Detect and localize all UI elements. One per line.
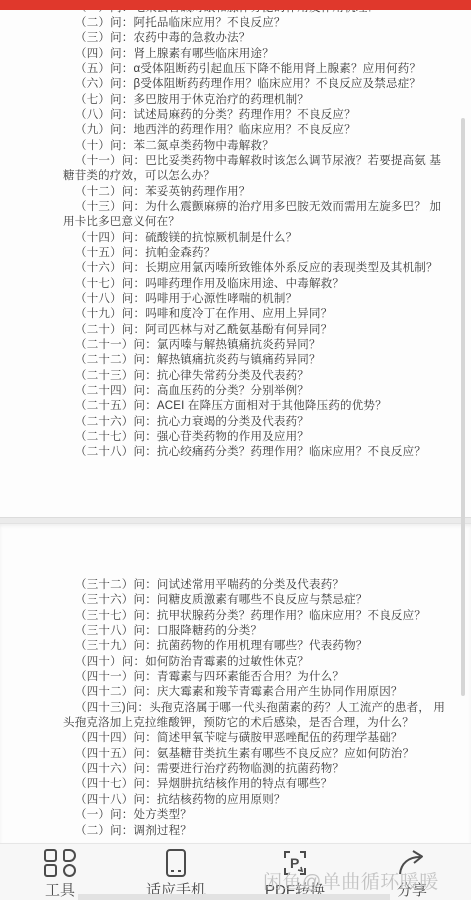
question-line: （一）问：处方类型？ <box>0 808 471 823</box>
question-line: （二十五）问：ACEI 在降压方面相对于其他降压药的优势？ <box>0 399 471 414</box>
question-line: （四十一）问：青霉素与四环素能否合用？为什么？ <box>0 670 471 685</box>
pdf-convert-icon: P <box>247 848 343 878</box>
question-line: 用卡比多巴意义何在？ <box>0 215 471 230</box>
question-line: （二十六）问：抗心力衰竭的分类及代表药？ <box>0 415 471 430</box>
question-line: （二十三）问：抗心律失常药分类及代表药？ <box>0 369 471 384</box>
question-line: （二）问：阿托品临床应用？不良反应？ <box>0 16 471 31</box>
question-line: （五）问：α受体阻断药引起血压下降不能用肾上腺素？应用何药？ <box>0 62 471 77</box>
question-line: （十四）问：硫酸镁的抗惊厥机制是什么？ <box>0 231 471 246</box>
vertical-scrollbar[interactable] <box>461 118 465 696</box>
pdf-convert-button[interactable]: P PDF转换 <box>247 848 343 900</box>
question-line: （四十）问：如何防治青霉素的过敏性休克？ <box>0 655 471 670</box>
question-line: （十三）问：为什么震颤麻痹的治疗用多巴胺无效而需用左旋多巴？ 加 <box>0 200 471 215</box>
question-line: 头孢克洛加上克拉维酸钾，预防它的术后感染，是否合理，为什么？ <box>0 716 471 731</box>
question-line: （十一）问：巴比妥类药物中毒解救时该怎么调节尿液？若要提高氨 基 <box>0 154 471 169</box>
share-button[interactable]: 分享 <box>368 848 456 900</box>
question-line: （三十二）问：问试述常用平喘药的分类及代表药？ <box>0 578 471 593</box>
question-line: （三十八）问：口服降糖药的分类？ <box>0 624 471 639</box>
question-line: （七）问：多巴胺用于休克治疗的药理机制？ <box>0 93 471 108</box>
question-line: （二十）问：阿司匹林与对乙酰氨基酚有何异同？ <box>0 323 471 338</box>
question-line: （十二）问：苯妥英钠药理作用？ <box>0 185 471 200</box>
question-line: （四十四）问：简述甲氧苄啶与磺胺甲恶唑配伍的药理学基础？ <box>0 731 471 746</box>
question-line: （二）问：调剂过程？ <box>0 824 471 839</box>
question-line: （四十三)问：头孢克洛属于哪一代头孢菌素的药？人工流产的患者， 用 <box>0 701 471 716</box>
question-line: （二十八）问：抗心绞痛药分类？药理作用？临床应用？不良反应？ <box>0 445 471 460</box>
question-line: （三十七）问：抗甲状腺药分类？药理作用？临床应用？不良反应？ <box>0 609 471 624</box>
page-gap <box>0 518 471 523</box>
svg-text:P: P <box>290 855 299 871</box>
question-line: （十五）问：抗帕金森药？ <box>0 246 471 261</box>
bottom-toolbar: 工具 适应手机 P <box>0 843 471 900</box>
question-line: （十九）问：吗啡和度冷丁在作用、应用上异同？ <box>0 307 471 322</box>
question-line: （九）问：地西泮的药理作用？临床应用？不良反应？ <box>0 123 471 138</box>
question-line: （二十七）问：强心苷类药物的作用及应用？ <box>0 430 471 445</box>
page-1: （一）问：毛果芸香碱对眼和腺体分泌的作用及作用机理？（二）问：阿托品临床应用？不… <box>0 0 471 518</box>
question-line: （四十五）问：氨基糖苷类抗生素有哪些不良反应？应如何防治？ <box>0 747 471 762</box>
question-line: （四）问：肾上腺素有哪些临床用途？ <box>0 47 471 62</box>
question-line: （十六）问：长期应用氯丙嗪所致锥体外系反应的表现类型及其机制？ <box>0 261 471 276</box>
question-line: （三）问：农药中毒的急救办法？ <box>0 31 471 46</box>
question-line: （十八）问：吗啡用于心源性哮喘的机制？ <box>0 292 471 307</box>
question-line: （八）问：试述局麻药的分类？药理作用？不良反应？ <box>0 108 471 123</box>
page-2: （三十二）问：问试述常用平喘药的分类及代表药？（三十六）问：问糖皮质激素有哪些不… <box>0 523 471 843</box>
question-line: （三十六）问：问糖皮质激素有哪些不良反应与禁忌症？ <box>0 593 471 608</box>
share-icon <box>368 848 456 878</box>
pdf-reader-screen: （一）问：毛果芸香碱对眼和腺体分泌的作用及作用机理？（二）问：阿托品临床应用？不… <box>0 0 471 900</box>
question-line: （四十八）问：抗结核药物的应用原则？ <box>0 793 471 808</box>
question-line: （四十二）问：庆大霉素和羧苄青霉素合用产生协同作用原因？ <box>0 685 471 700</box>
question-line: （六）问：β受体阻断药药理作用？临床应用？不良反应及禁忌症？ <box>0 77 471 92</box>
question-line: （二十二）问：解热镇痛抗炎药与镇痛药异同？ <box>0 353 471 368</box>
fit-phone-button[interactable]: 适应手机 <box>130 848 222 900</box>
home-indicator-strip <box>78 894 390 900</box>
question-line: （十）问：苯二氮卓类药物中毒解救？ <box>0 139 471 154</box>
tools-grid-icon <box>20 848 100 878</box>
question-line: （四十七）问：异烟肼抗结核作用的特点有哪些？ <box>0 777 471 792</box>
question-line: （十七）问：吗啡药理作用及临床用途、中毒解救？ <box>0 277 471 292</box>
question-line: 糖苷类的疗效，可以怎么办？ <box>0 169 471 184</box>
top-red-bar <box>0 0 471 10</box>
tools-button[interactable]: 工具 <box>20 848 100 900</box>
question-line: （四十六）问：需要进行治疗药物临测的抗菌药物？ <box>0 762 471 777</box>
question-line: （二十一）问：氯丙嗪与解热镇痛抗炎药异同？ <box>0 338 471 353</box>
question-line: （三十九）问：抗菌药物的作用机理有哪些？代表药物？ <box>0 639 471 654</box>
question-line: （二十四）问：高血压药的分类？分别举例？ <box>0 384 471 399</box>
page-2-lines: （三十二）问：问试述常用平喘药的分类及代表药？（三十六）问：问糖皮质激素有哪些不… <box>0 578 471 839</box>
fit-phone-icon <box>130 848 222 878</box>
page-1-lines: （一）问：毛果芸香碱对眼和腺体分泌的作用及作用机理？（二）问：阿托品临床应用？不… <box>0 1 471 461</box>
